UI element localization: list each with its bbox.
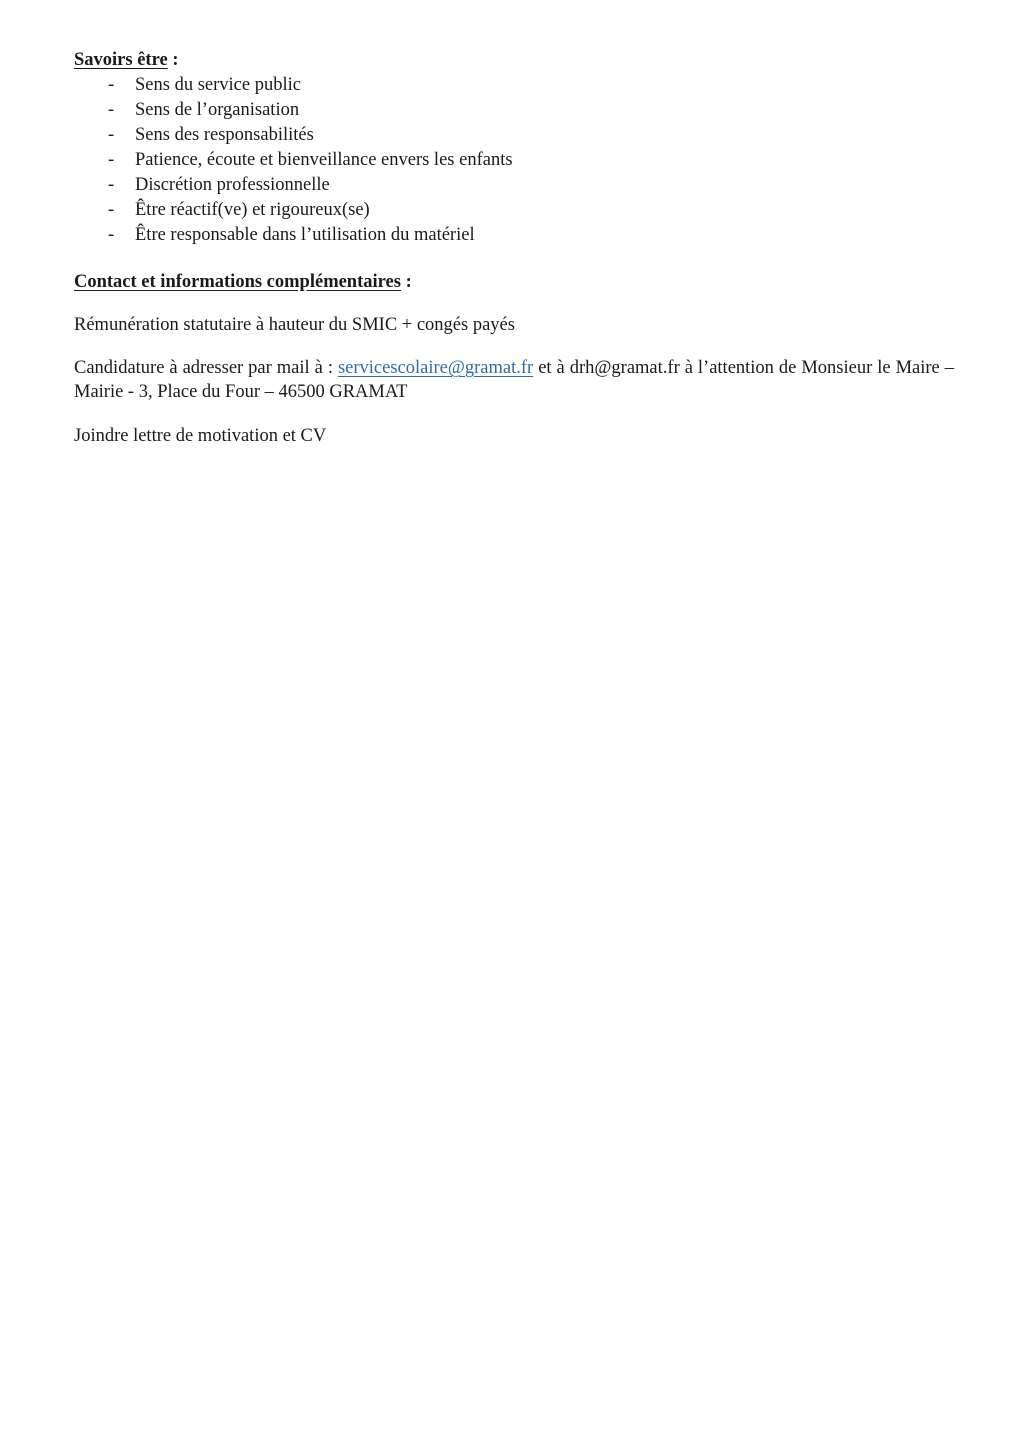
remuneration-text: Rémunération statutaire à hauteur du SMI… — [74, 313, 954, 337]
candidature-prefix: Candidature à adresser par mail à : — [74, 358, 338, 378]
contact-title: Contact et informations complémentaires — [74, 272, 401, 292]
list-item-text: Sens de l’organisation — [135, 100, 299, 120]
bullet-dash: - — [108, 148, 114, 173]
list-item: -Sens du service public — [74, 73, 954, 98]
list-item-text: Patience, écoute et bienveillance envers… — [135, 150, 513, 170]
bullet-dash: - — [108, 223, 114, 248]
bullet-dash: - — [108, 173, 114, 198]
list-item: -Patience, écoute et bienveillance enver… — [74, 148, 954, 173]
candidature-paragraph: Candidature à adresser par mail à : serv… — [74, 356, 954, 404]
bullet-dash: - — [108, 98, 114, 123]
joindre-text: Joindre lettre de motivation et CV — [74, 424, 954, 448]
list-item: -Être réactif(ve) et rigoureux(se) — [74, 198, 954, 223]
bullet-dash: - — [108, 123, 114, 148]
bullet-dash: - — [108, 198, 114, 223]
list-item: -Être responsable dans l’utilisation du … — [74, 223, 954, 248]
heading-colon: : — [168, 50, 179, 70]
list-item-text: Discrétion professionnelle — [135, 175, 330, 195]
list-item: -Discrétion professionnelle — [74, 173, 954, 198]
savoirs-etre-list: -Sens du service public -Sens de l’organ… — [74, 73, 954, 248]
list-item: -Sens de l’organisation — [74, 98, 954, 123]
list-item-text: Sens des responsabilités — [135, 125, 314, 145]
document-page: Savoirs être : -Sens du service public -… — [74, 48, 954, 448]
list-item-text: Sens du service public — [135, 75, 301, 95]
savoirs-etre-heading: Savoirs être : — [74, 48, 954, 73]
list-item: -Sens des responsabilités — [74, 123, 954, 148]
heading-colon: : — [401, 272, 412, 292]
savoirs-etre-title: Savoirs être — [74, 50, 168, 70]
list-item-text: Être réactif(ve) et rigoureux(se) — [135, 200, 370, 220]
bullet-dash: - — [108, 73, 114, 98]
list-item-text: Être responsable dans l’utilisation du m… — [135, 225, 475, 245]
contact-heading: Contact et informations complémentaires … — [74, 270, 954, 295]
email-link-servicescolaire[interactable]: servicescolaire@gramat.fr — [338, 358, 533, 378]
